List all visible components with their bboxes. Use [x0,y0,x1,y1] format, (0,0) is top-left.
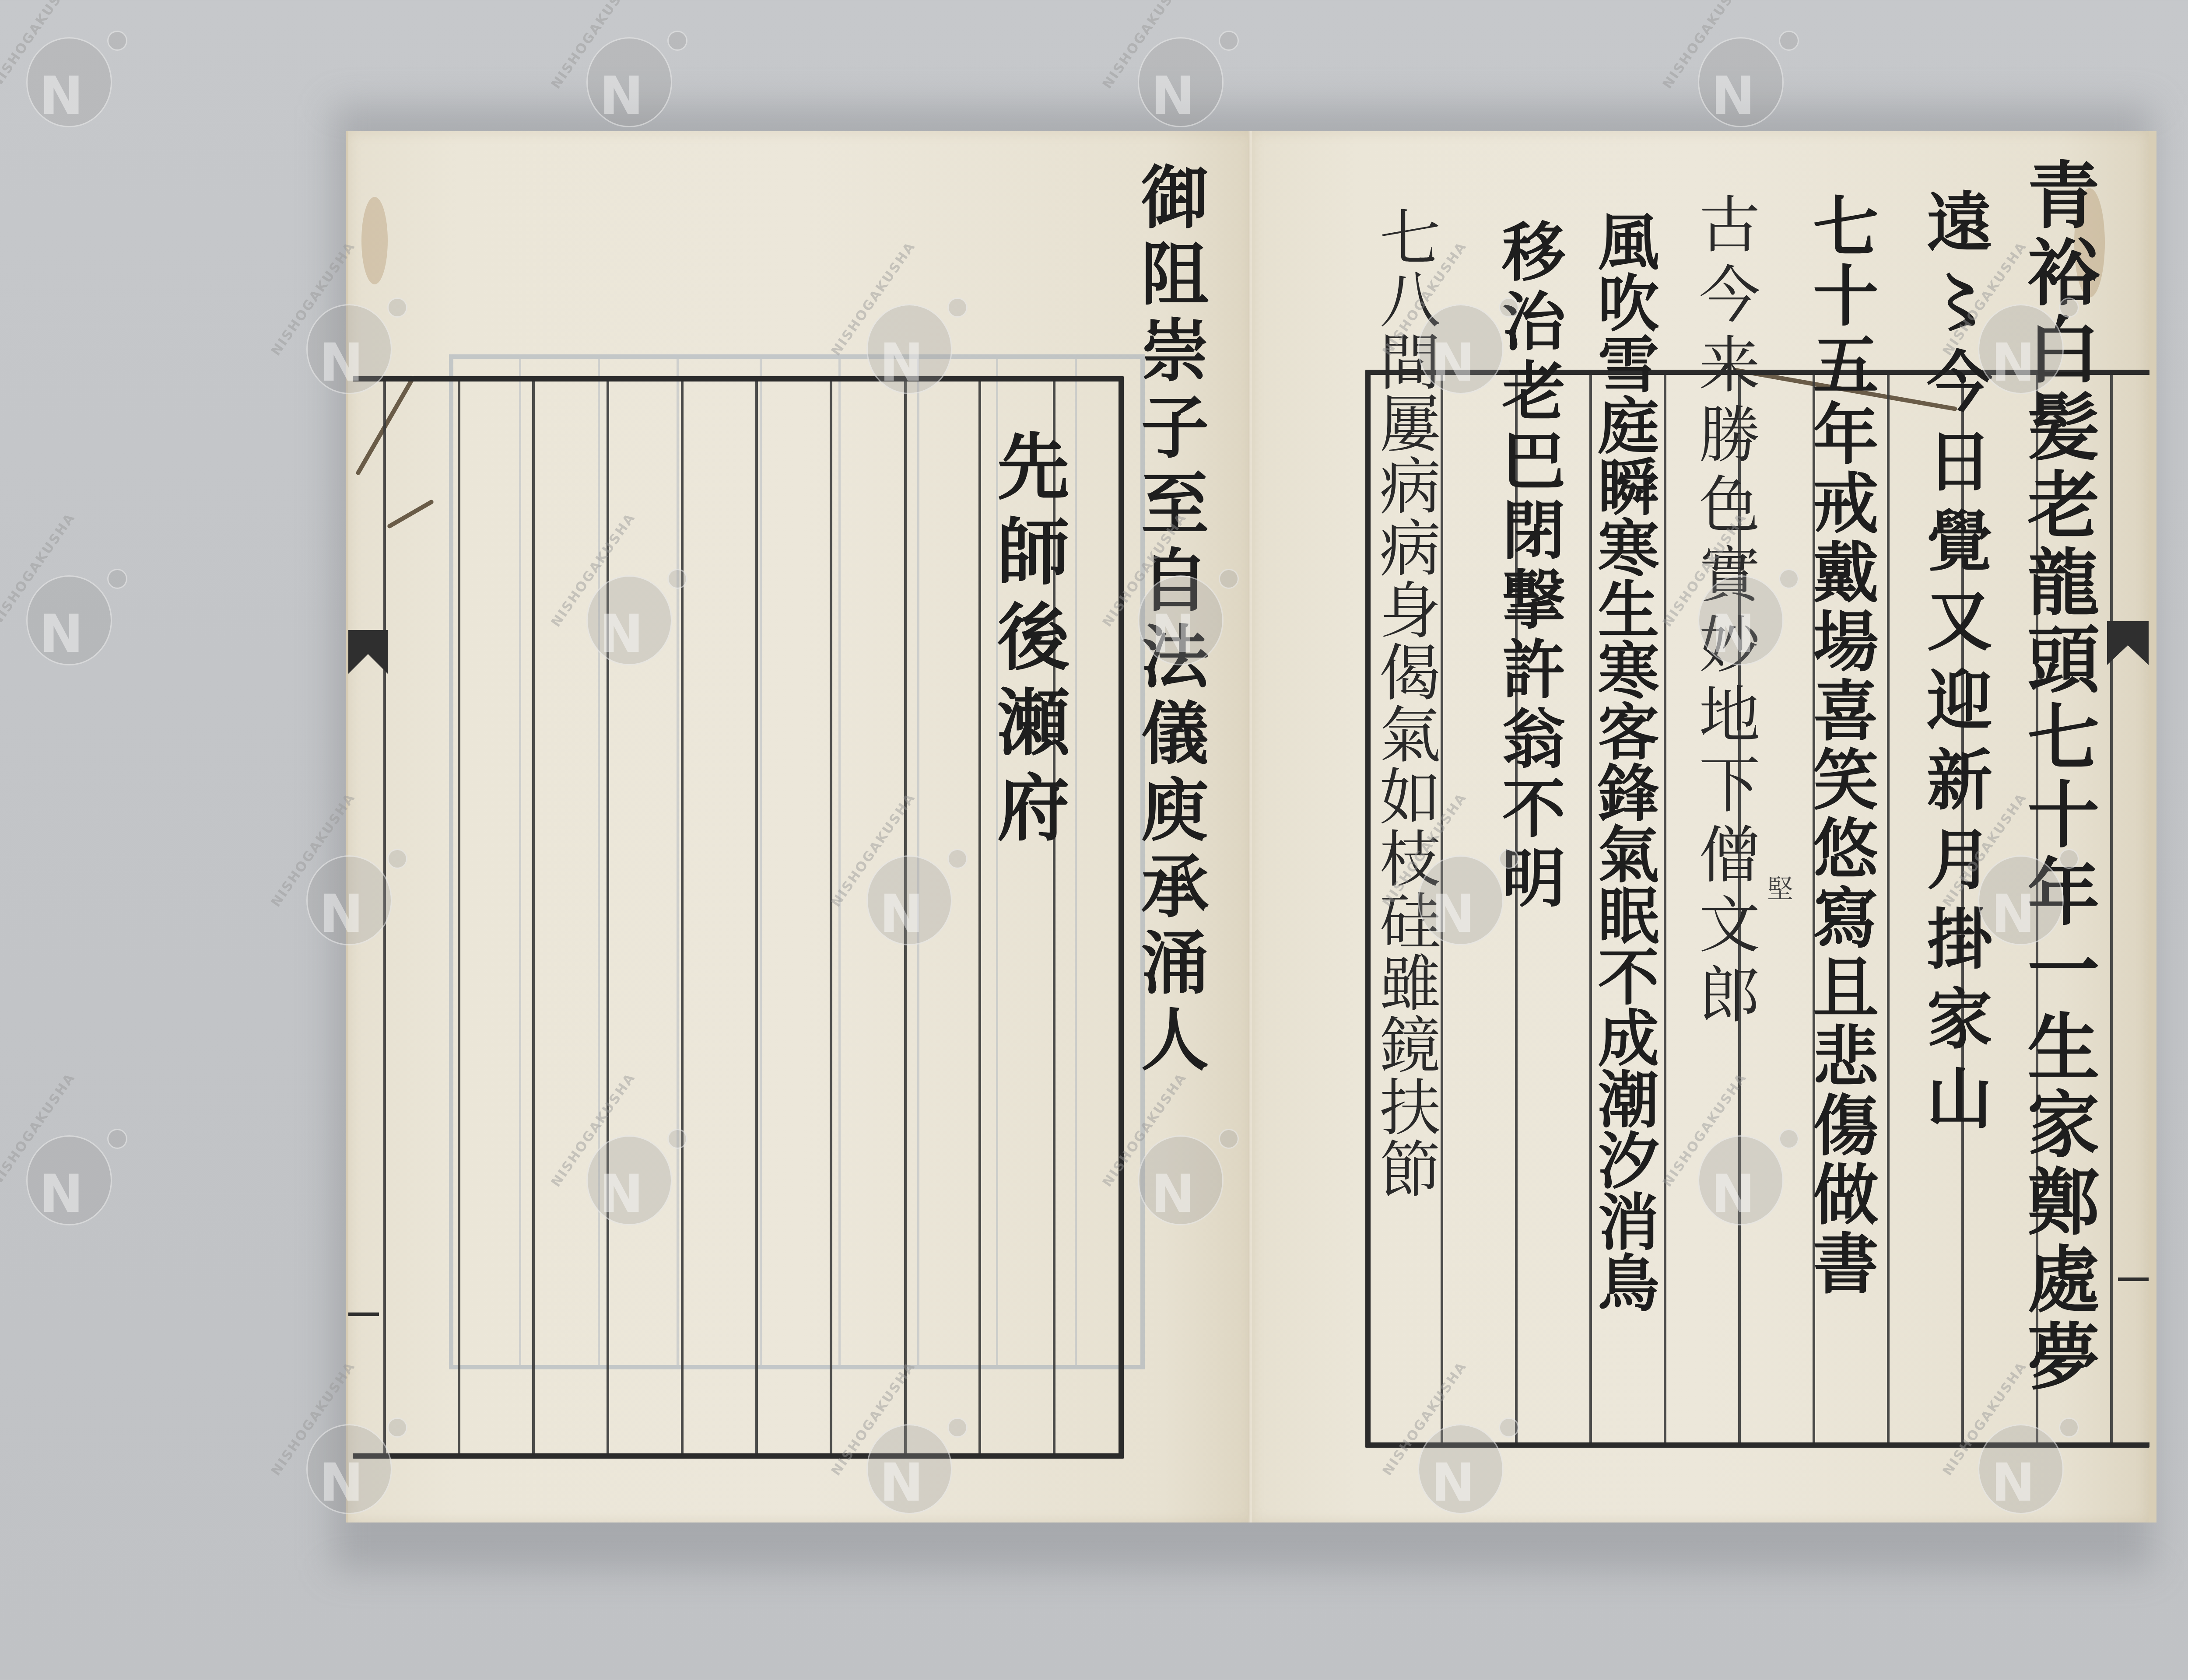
watermark-n-icon: N [39,604,83,665]
watermark-n-icon: N [1431,332,1475,393]
watermark-n-icon: N [880,1452,923,1513]
watermark-n-icon: N [1991,332,2035,393]
watermark-n-icon: N [600,1164,643,1225]
calligraphy-column: 七十五年戒戴場喜笑悠寫且悲傷做書 [1807,192,1873,1298]
watermark-logo: N NISHOGAKUSHA [1400,1400,1532,1531]
watermark-n-icon: N [1151,1164,1195,1225]
watermark-n-icon: N [600,604,643,665]
watermark-logo: N NISHOGAKUSHA [1120,1111,1252,1242]
watermark-n-icon: N [1431,884,1475,945]
watermark-n-icon: N [1151,66,1195,126]
watermark-logo: N NISHOGAKUSHA [1120,13,1252,144]
watermark-logo: N NISHOGAKUSHA [1400,280,1532,411]
watermark-logo: N NISHOGAKUSHA [849,280,980,411]
side-bar-right [2118,1277,2149,1281]
watermark-logo: N NISHOGAKUSHA [1120,551,1252,682]
column-rule [1664,375,1666,1442]
watermark-logo: N NISHOGAKUSHA [9,1111,140,1242]
watermark-logo: N NISHOGAKUSHA [849,831,980,962]
book-spread: 御阻崇子至自法儀庾承涌人 先師後瀬府 青裕白髪老龍頭七十年一生家鄭處夢 遠〻今日… [346,131,2149,1522]
left-page: 御阻崇子至自法儀庾承涌人 先師後瀬府 [346,131,1254,1522]
marginal-annotation: 堅 [1759,875,1797,901]
column-rule [681,381,684,1453]
watermark-logo: N NISHOGAKUSHA [1960,831,2092,962]
watermark-n-icon: N [1711,604,1755,665]
column-rule [830,381,832,1453]
watermark-logo: N NISHOGAKUSHA [1680,551,1812,682]
watermark-n-icon: N [39,1164,83,1225]
watermark-n-icon: N [39,66,83,126]
watermark-n-icon: N [1151,604,1195,665]
calligraphy-column: 風吹雪庭瞬寒生寒客鋒氣眠不成潮汐消鳥 [1593,210,1654,1312]
watermark-logo: N NISHOGAKUSHA [1680,1111,1812,1242]
watermark-logo: N NISHOGAKUSHA [9,551,140,682]
watermark-n-icon: N [319,884,363,945]
watermark-n-icon: N [1431,1452,1475,1513]
watermark-logo: N NISHOGAKUSHA [849,1400,980,1531]
watermark-logo: N NISHOGAKUSHA [289,831,420,962]
stain [361,197,388,284]
column-rule [2110,375,2113,1442]
watermark-logo: N NISHOGAKUSHA [569,13,700,144]
watermark-logo: N NISHOGAKUSHA [9,13,140,144]
watermark-n-icon: N [1991,884,2035,945]
watermark-logo: N NISHOGAKUSHA [1400,831,1532,962]
watermark-n-icon: N [880,332,923,393]
column-rule [532,381,535,1453]
watermark-logo: N NISHOGAKUSHA [289,280,420,411]
watermark-logo: N NISHOGAKUSHA [569,551,700,682]
watermark-n-icon: N [1711,66,1755,126]
watermark-logo: N NISHOGAKUSHA [569,1111,700,1242]
watermark-n-icon: N [1991,1452,2035,1513]
watermark-logo: N NISHOGAKUSHA [1680,13,1812,144]
watermark-n-icon: N [1711,1164,1755,1225]
watermark-n-icon: N [319,332,363,393]
watermark-n-icon: N [319,1452,363,1513]
column-rule [755,381,758,1453]
watermark-logo: N NISHOGAKUSHA [1960,1400,2092,1531]
watermark-n-icon: N [600,66,643,126]
column-rule [458,381,460,1453]
watermark-logo: N NISHOGAKUSHA [1960,280,2092,411]
calligraphy-column: 先師後瀬府 [992,429,1064,855]
side-bar-left [348,1312,379,1316]
watermark-logo: N NISHOGAKUSHA [289,1400,420,1531]
watermark-n-icon: N [880,884,923,945]
column-rule [1887,375,1890,1442]
